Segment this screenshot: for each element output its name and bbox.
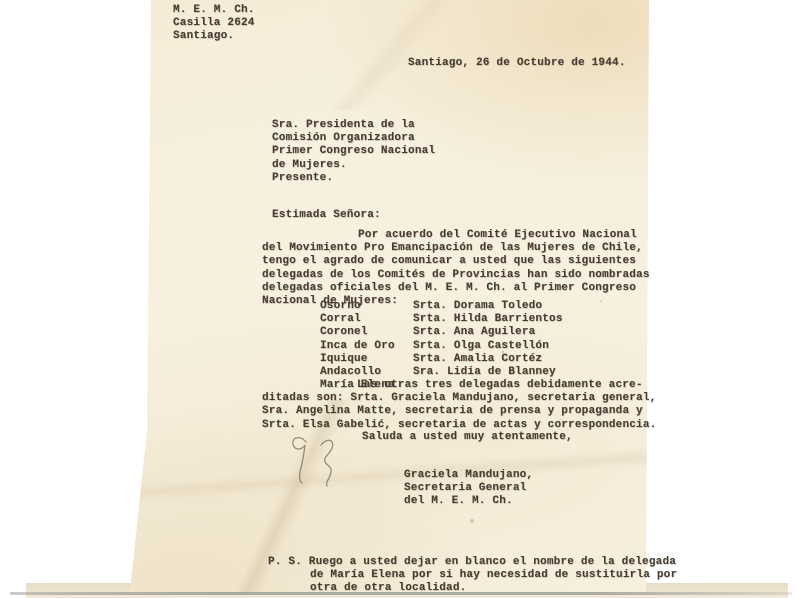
delegate-row: AndacolloSra. Lidia de Blanney [320, 366, 563, 379]
delegate-row: CoronelSrta. Ana Aguilera [320, 326, 563, 339]
recipient-line: Primer Congreso Nacional [272, 145, 435, 158]
paper-crease [210, 0, 570, 110]
signature-block: Graciela Mandujano, Secretaria General d… [404, 469, 533, 509]
delegate-place: Osorno [320, 300, 413, 313]
postscript-line: de María Elena por si hay necesidad de s… [268, 569, 677, 582]
closing-text: Saluda a usted muy atentamente, [362, 431, 573, 444]
paper-specks [130, 0, 132, 2]
dateline: Santiago, 26 de Octubre de 1944. [408, 57, 626, 70]
scanned-letter-photo: M. E. M. Ch. Casilla 2624 Santiago. Sant… [0, 0, 796, 598]
signature-line: Graciela Mandujano, [404, 469, 533, 482]
delegate-name: Sra. Lidia de Blanney [413, 366, 556, 379]
delegate-row: OsornoSrta. Dorama Toledo [320, 300, 563, 313]
salutation-text: Estimada Señora: [272, 209, 381, 222]
pencil-annotation [285, 432, 345, 496]
delegate-place: Inca de Oro [320, 340, 413, 353]
delegate-name: Srta. Olga Castellón [413, 340, 549, 353]
delegate-row: IquiqueSrta. Amalia Cortéz [320, 353, 563, 366]
letterhead-line: M. E. M. Ch. [173, 4, 255, 17]
recipient-line: Presente. [272, 172, 435, 185]
paragraph-2: Las otras tres delegadas debidamente acr… [262, 379, 656, 432]
paragraph-line: Las otras tres delegadas debidamente acr… [262, 379, 656, 392]
paragraph-line: delegadas oficiales del M. E. M. Ch. al … [262, 282, 650, 295]
delegate-name: Srta. Ana Aguilera [413, 326, 535, 339]
letterhead: M. E. M. Ch. Casilla 2624 Santiago. [173, 4, 255, 44]
delegate-place: Corral [320, 313, 413, 326]
paragraph-line: del Movimiento Pro Emancipación de las M… [262, 242, 650, 255]
delegate-place: Andacollo [320, 366, 413, 379]
paragraph-line: ditadas son: Srta. Graciela Mandujano, s… [262, 392, 656, 405]
delegate-row: Inca de OroSrta. Olga Castellón [320, 340, 563, 353]
letterhead-line: Casilla 2624 [173, 17, 255, 30]
salutation: Estimada Señora: [272, 209, 381, 222]
paragraph-line: Srta. Elsa Gabelić, secretaria de actas … [262, 419, 656, 432]
delegate-name: Srta. Hilda Barrientos [413, 313, 563, 326]
delegate-name: Srta. Dorama Toledo [413, 300, 542, 313]
delegate-place: Coronel [320, 326, 413, 339]
signature-line: Secretaria General [404, 482, 533, 495]
signature-line: del M. E. M. Ch. [404, 495, 533, 508]
postscript: P. S. Ruego a usted dejar en blanco el n… [268, 556, 677, 596]
dateline-text: Santiago, 26 de Octubre de 1944. [408, 57, 626, 70]
recipient-line: de Mujeres. [272, 159, 435, 172]
delegate-name: Srta. Amalia Cortéz [413, 353, 542, 366]
closing: Saluda a usted muy atentamente, [362, 431, 573, 444]
paragraph-line: Por acuerdo del Comité Ejecutivo Naciona… [262, 229, 650, 242]
recipient-line: Sra. Presidenta de la [272, 119, 435, 132]
recipient-block: Sra. Presidenta de la Comisión Organizad… [272, 119, 435, 185]
letterhead-line: Santiago. [173, 30, 255, 43]
paragraph-1: Por acuerdo del Comité Ejecutivo Naciona… [262, 229, 650, 308]
recipient-line: Comisión Organizadora [272, 132, 435, 145]
delegate-place: Iquique [320, 353, 413, 366]
paragraph-line: delegadas de los Comités de Provincias h… [262, 269, 650, 282]
paragraph-line: tengo el agrado de comunicar a usted que… [262, 255, 650, 268]
paragraph-line: Sra. Angelina Matte, secretaria de prens… [262, 405, 656, 418]
delegate-row: CorralSrta. Hilda Barrientos [320, 313, 563, 326]
postscript-line: otra de otra localidad. [268, 582, 677, 595]
postscript-line: P. S. Ruego a usted dejar en blanco el n… [268, 556, 677, 569]
